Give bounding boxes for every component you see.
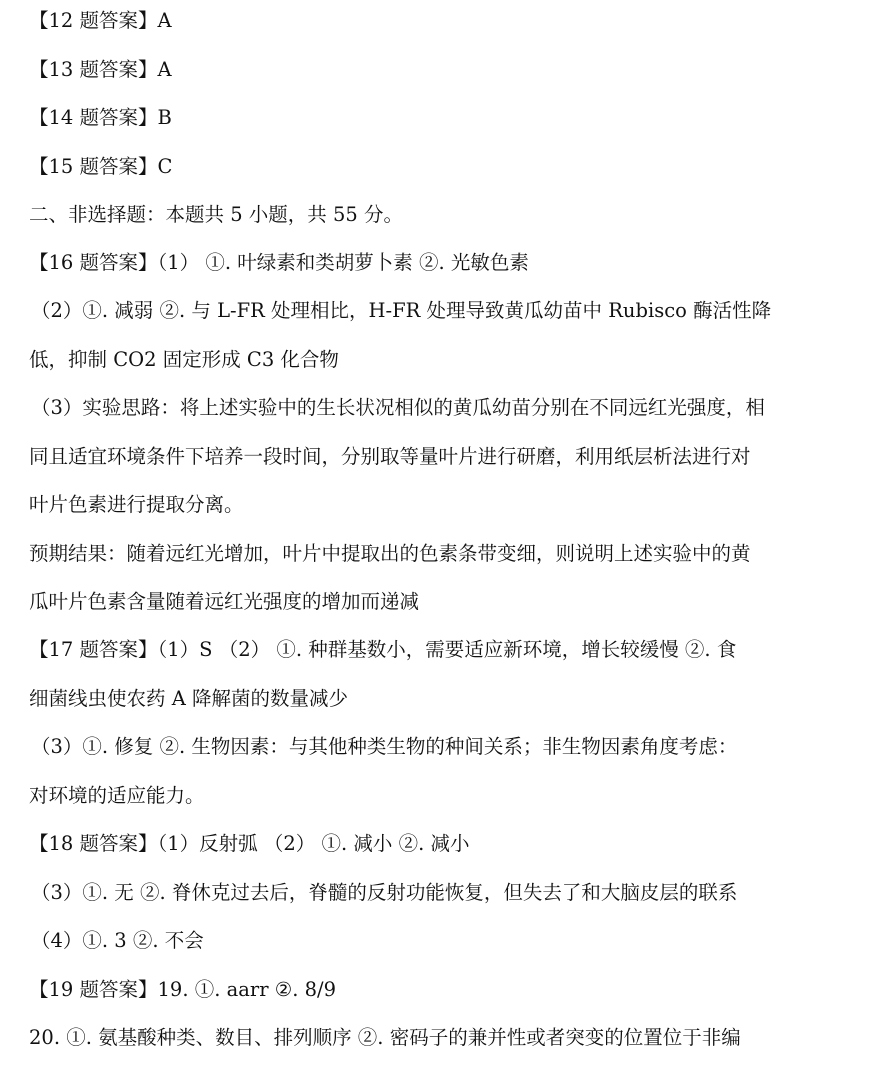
answer-q13: 【13 题答案】A bbox=[29, 57, 172, 83]
answer-q16-expected-cont: 瓜叶片色素含量随着远红光强度的增加而递减 bbox=[29, 589, 419, 615]
answer-q17-part2-cont: 细菌线虫使农药 A 降解菌的数量减少 bbox=[29, 686, 348, 712]
answer-q16-expected: 预期结果：随着远红光增加，叶片中提取出的色素条带变细，则说明上述实验中的黄 bbox=[29, 541, 751, 567]
answer-q17-part3-cont: 对环境的适应能力。 bbox=[29, 783, 205, 809]
answer-q12: 【12 题答案】A bbox=[29, 8, 172, 34]
answer-q18-part3: （3）①. 无 ②. 脊休克过去后，脊髓的反射功能恢复，但失去了和大脑皮层的联系 bbox=[31, 880, 737, 906]
answer-q14: 【14 题答案】B bbox=[29, 105, 172, 131]
answer-q16-part3-cont1: 同且适宜环境条件下培养一段时间，分别取等量叶片进行研磨，利用纸层析法进行对 bbox=[29, 444, 751, 470]
answer-q16-part2: （2）①. 减弱 ②. 与 L-FR 处理相比，H-FR 处理导致黄瓜幼苗中 R… bbox=[31, 298, 771, 324]
answer-q20: 20. ①. 氨基酸种类、数目、排列顺序 ②. 密码子的兼并性或者突变的位置位于… bbox=[29, 1025, 741, 1051]
answer-q18-part1-2: 【18 题答案】（1）反射弧 （2） ①. 减小 ②. 减小 bbox=[29, 831, 469, 857]
answer-q16-part2-cont: 低，抑制 CO2 固定形成 C3 化合物 bbox=[29, 347, 339, 373]
answer-q18-part4: （4）①. 3 ②. 不会 bbox=[31, 928, 204, 954]
answer-q16-part1: 【16 题答案】（1） ①. 叶绿素和类胡萝卜素 ②. 光敏色素 bbox=[29, 250, 529, 276]
answer-q17-part1-2: 【17 题答案】（1）S （2） ①. 种群基数小，需要适应新环境，增长较缓慢 … bbox=[29, 637, 736, 663]
answer-q16-part3: （3）实验思路：将上述实验中的生长状况相似的黄瓜幼苗分别在不同远红光强度，相 bbox=[31, 395, 765, 421]
answer-q17-part3: （3）①. 修复 ②. 生物因素：与其他种类生物的种间关系；非生物因素角度考虑： bbox=[31, 734, 737, 760]
answer-q16-part3-cont2: 叶片色素进行提取分离。 bbox=[29, 492, 244, 518]
answer-q19: 【19 题答案】19. ①. aarr ②. 8/9 bbox=[29, 977, 336, 1003]
section-heading-nonchoice: 二、非选择题：本题共 5 小题，共 55 分。 bbox=[29, 202, 403, 228]
answer-q15: 【15 题答案】C bbox=[29, 154, 172, 180]
